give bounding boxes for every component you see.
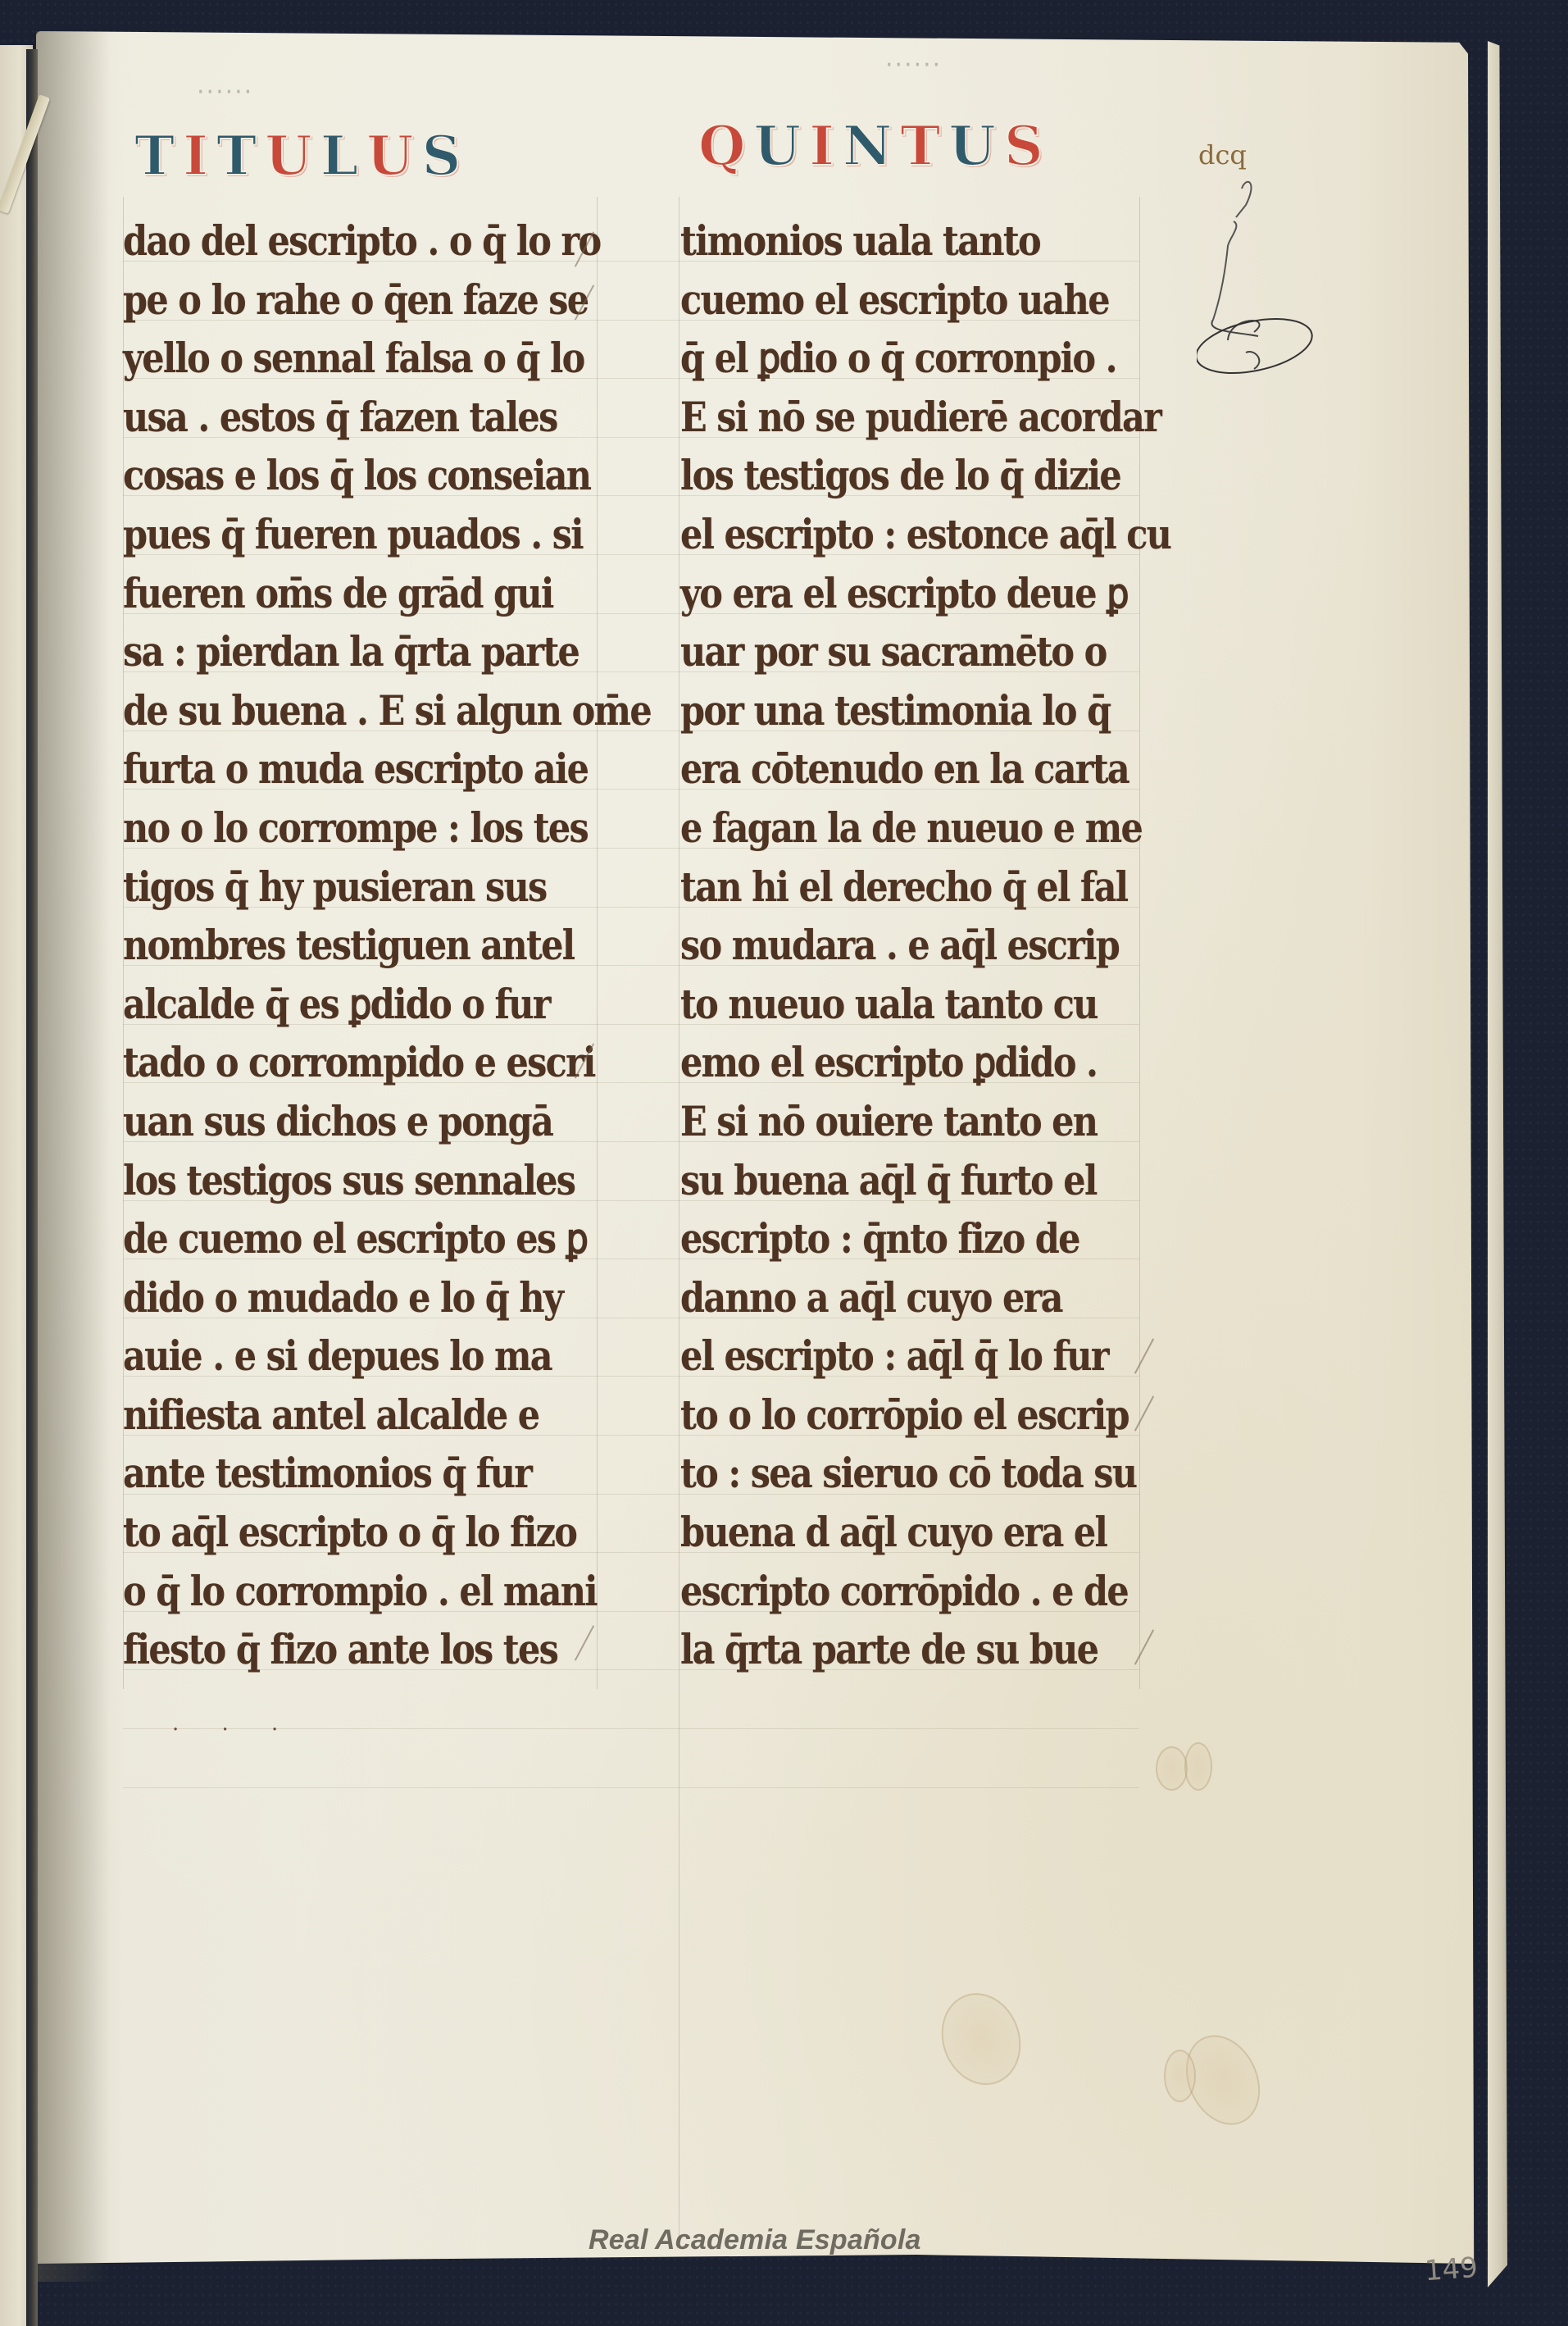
manuscript-line: dao del escripto . o q̄ lo ro xyxy=(123,212,532,271)
manuscript-line: buena d aq̄l cuyo era el xyxy=(680,1503,1117,1562)
manuscript-line: escripto : q̄nto fizo de xyxy=(680,1209,1117,1268)
manuscript-line: nombres testiguen antel xyxy=(123,916,532,975)
manuscript-line: cuemo el escripto uahe xyxy=(680,271,1117,330)
rubric-letter: U xyxy=(261,123,316,189)
manuscript-line: los testigos de lo q̄ dizie xyxy=(680,446,1117,505)
faint-offset-text: ······ xyxy=(197,78,253,107)
rubric-letter: U xyxy=(363,123,417,189)
rubric-letter: T xyxy=(897,113,943,179)
manuscript-line: so mudara . e aq̄l escrip xyxy=(680,916,1117,975)
manuscript-line: la q̄rta parte de su bue xyxy=(680,1620,1117,1679)
manuscript-line: auie . e si depues lo ma xyxy=(123,1327,532,1386)
manuscript-line: to : sea sieruo cō toda su xyxy=(680,1444,1117,1503)
manuscript-line: tigos q̄ hy pusieran sus xyxy=(123,858,532,917)
manuscript-line: tado o corrompido e escri xyxy=(123,1033,532,1092)
manuscript-line: q̄ el ꝑdio o q̄ corronpio . xyxy=(680,329,1117,388)
parchment-stain xyxy=(1164,2050,1196,2102)
manuscript-line: e fagan la de nueuo e me xyxy=(680,799,1117,858)
pencil-flourish-icon xyxy=(1197,172,1344,443)
rubric-letter: S xyxy=(419,123,465,189)
running-header-right: QUINTUS xyxy=(695,105,1047,179)
institution-watermark: Real Academia Española xyxy=(589,2224,921,2256)
manuscript-line: to aq̄l escripto o q̄ lo fizo xyxy=(123,1503,532,1562)
manuscript-line: pues q̄ fueren puados . si xyxy=(123,505,532,564)
manuscript-line: to nueuo uala tanto cu xyxy=(680,975,1117,1034)
manuscript-line: to o lo corrōpio el escrip xyxy=(680,1386,1117,1445)
gutter-shadow xyxy=(36,31,110,2282)
rubric-letter: Q xyxy=(695,113,749,179)
manuscript-line: emo el escripto ꝑdido . xyxy=(680,1033,1117,1092)
text-column-right: timonios uala tantocuemo el escripto uah… xyxy=(680,212,1188,1679)
manuscript-line: yo era el escripto deue ꝑ xyxy=(680,564,1117,623)
folio-number: 149 xyxy=(1424,2251,1479,2287)
manuscript-line: timonios uala tanto xyxy=(680,212,1117,271)
manuscript-line: de cuemo el escripto es ꝑ xyxy=(123,1209,532,1268)
manuscript-line: uan sus dichos e pongā xyxy=(123,1092,532,1151)
manuscript-line: usa . estos q̄ fazen tales xyxy=(123,388,532,447)
manuscript-line: o q̄ lo corrompio . el mani xyxy=(123,1562,532,1621)
manuscript-line: dido o mudado e lo q̄ hy xyxy=(123,1268,532,1327)
rubric-letter: L xyxy=(317,123,361,189)
ruling-line xyxy=(679,197,679,2246)
manuscript-line: E si nō ouiere tanto en xyxy=(680,1092,1117,1151)
manuscript-line: escripto corrōpido . e de xyxy=(680,1562,1117,1621)
manuscript-line: tan hi el derecho q̄ el fal xyxy=(680,858,1117,917)
manuscript-line: ante testimonios q̄ fur xyxy=(123,1444,532,1503)
manuscript-line: uar por su sacramēto o xyxy=(680,622,1117,681)
parchment-stain xyxy=(1156,1746,1188,1791)
offset-ink-marks: · · · xyxy=(172,1718,296,1742)
text-column-left: dao del escripto . o q̄ lo rope o lo rah… xyxy=(123,212,598,1679)
manuscript-line: pe o lo rahe o q̄en faze se xyxy=(123,271,532,330)
manuscript-line: nifiesta antel alcalde e xyxy=(123,1386,532,1445)
rubric-letter: I xyxy=(806,113,838,179)
manuscript-line: sa : pierdan la q̄rta parte xyxy=(123,622,532,681)
rubric-letter: U xyxy=(751,113,805,179)
manuscript-line: alcalde q̄ es ꝑdido o fur xyxy=(123,975,532,1034)
rubric-letter: N xyxy=(839,113,895,179)
rubric-letter: T xyxy=(131,123,178,189)
rubric-letter: T xyxy=(213,123,260,189)
running-header-left: TITULUS xyxy=(131,115,464,189)
manuscript-line: danno a aq̄l cuyo era xyxy=(680,1268,1117,1327)
manuscript-line: de su buena . E si algun om̄e xyxy=(123,681,532,740)
manuscript-line: su buena aq̄l q̄ furto el xyxy=(680,1151,1117,1210)
manuscript-line: por una testimonia lo q̄ xyxy=(680,681,1117,740)
manuscript-line: el escripto : aq̄l q̄ lo fur xyxy=(680,1327,1117,1386)
manuscript-line: los testigos sus sennales xyxy=(123,1151,532,1210)
manuscript-line: fueren om̄s de grād gui xyxy=(123,564,532,623)
manuscript-line: E si nō se pudierē acordar xyxy=(680,388,1117,447)
manuscript-line: furta o muda escripto aie xyxy=(123,740,532,799)
rubric-letter: U xyxy=(945,113,999,179)
faint-offset-text: ······ xyxy=(885,51,942,80)
manuscript-line: cosas e los q̄ los conseian xyxy=(123,446,532,505)
manuscript-line: el escripto : estonce aq̄l cu xyxy=(680,505,1117,564)
marginal-note: dcq xyxy=(1198,139,1247,171)
manuscript-line: era cōtenudo en la carta xyxy=(680,740,1117,799)
manuscript-line: yello o sennal falsa o q̄ lo xyxy=(123,329,532,388)
manuscript-line: fiesto q̄ fizo ante los tes xyxy=(123,1620,532,1679)
ruling-line xyxy=(123,1787,1139,1788)
manuscript-line: no o lo corrompe : los tes xyxy=(123,799,532,858)
rubric-letter: S xyxy=(1001,113,1047,179)
book-gutter xyxy=(26,49,38,2326)
rubric-letter: I xyxy=(180,123,211,189)
parchment-stain xyxy=(1184,1742,1212,1791)
